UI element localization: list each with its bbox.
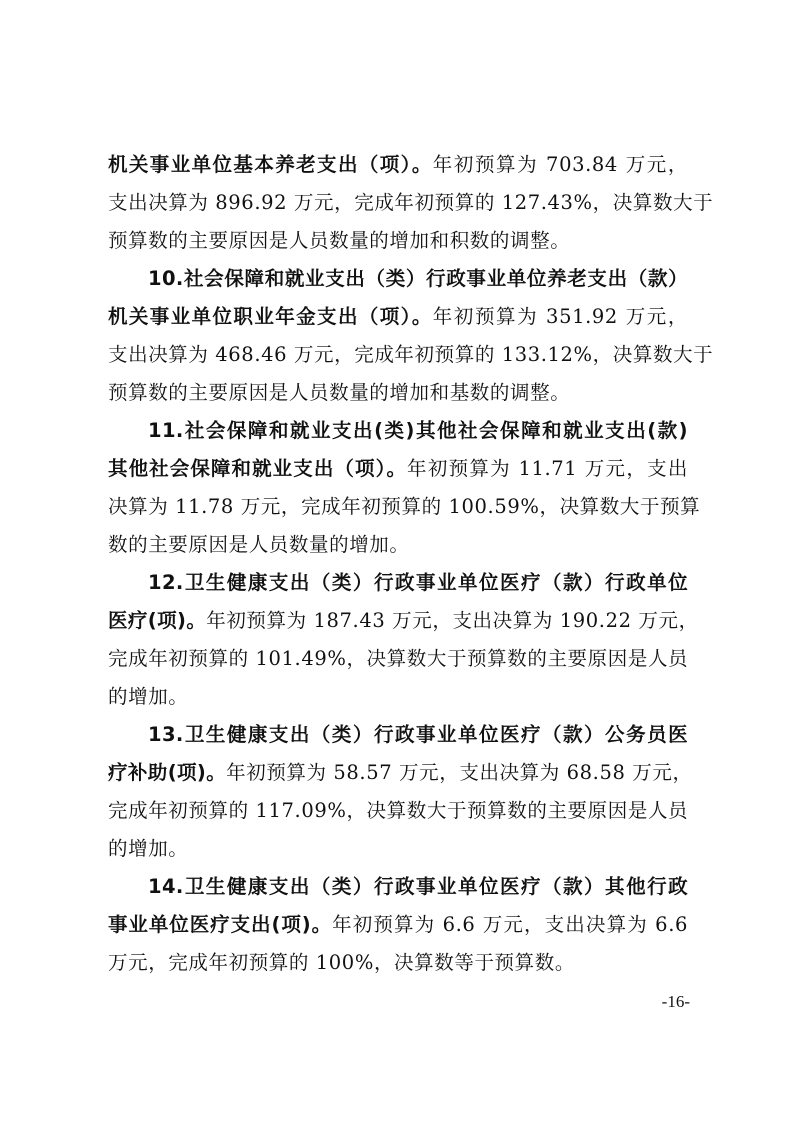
page-number: -16- bbox=[640, 990, 690, 1014]
item-heading: 14.卫生健康支出（类）行政事业单位医疗（款）其他行政 bbox=[148, 875, 688, 898]
line-text: 决算为 11.78 万元，完成年初预算的 100.59%，决算数大于预算 bbox=[108, 495, 700, 518]
line-text: 的增加。 bbox=[108, 685, 188, 708]
paragraph-line: 机关事业单位基本养老支出（项）。年初预算为 703.84 万元， bbox=[108, 150, 688, 180]
paragraph-line: 疗补助(项)。年初预算为 58.57 万元，支出决算为 68.58 万元， bbox=[108, 758, 688, 788]
paragraph-line: 决算为 11.78 万元，完成年初预算的 100.59%，决算数大于预算 bbox=[108, 492, 688, 522]
item-heading: 机关事业单位职业年金支出（项）。 bbox=[108, 305, 433, 328]
line-text: 年初预算为 703.84 万元， bbox=[433, 153, 688, 176]
paragraph-heading-line: 10.社会保障和就业支出（类）行政事业单位养老支出（款） bbox=[148, 264, 688, 294]
item-heading: 11.社会保障和就业支出(类)其他社会保障和就业支出(款) bbox=[148, 419, 688, 442]
item-heading: 事业单位医疗支出(项)。 bbox=[108, 913, 332, 936]
line-text: 年初预算为 58.57 万元，支出决算为 68.58 万元， bbox=[226, 761, 692, 784]
paragraph-line: 预算数的主要原因是人员数量的增加和积数的调整。 bbox=[108, 226, 688, 256]
paragraph-heading-line: 13.卫生健康支出（类）行政事业单位医疗（款）公务员医 bbox=[148, 720, 688, 750]
line-text: 数的主要原因是人员数量的增加。 bbox=[108, 533, 410, 556]
line-text: 年初预算为 6.6 万元，支出决算为 6.6 bbox=[332, 913, 688, 936]
line-text: 年初预算为 11.71 万元，支出 bbox=[407, 457, 688, 480]
paragraph-line: 事业单位医疗支出(项)。年初预算为 6.6 万元，支出决算为 6.6 bbox=[108, 910, 688, 940]
paragraph-heading-line: 12.卫生健康支出（类）行政事业单位医疗（款）行政单位 bbox=[148, 568, 688, 598]
paragraph-line: 完成年初预算的 101.49%，决算数大于预算数的主要原因是人员 bbox=[108, 644, 688, 674]
item-heading: 疗补助(项)。 bbox=[108, 761, 226, 784]
line-text: 年初预算为 351.92 万元， bbox=[433, 305, 688, 328]
line-text: 的增加。 bbox=[108, 837, 188, 860]
line-text: 支出决算为 468.46 万元，完成年初预算的 133.12%，决算数大于 bbox=[108, 343, 713, 366]
line-text: 预算数的主要原因是人员数量的增加和基数的调整。 bbox=[108, 381, 570, 404]
paragraph-line: 的增加。 bbox=[108, 834, 688, 864]
paragraph-line: 机关事业单位职业年金支出（项）。年初预算为 351.92 万元， bbox=[108, 302, 688, 332]
item-heading: 12.卫生健康支出（类）行政事业单位医疗（款）行政单位 bbox=[148, 571, 688, 594]
line-text: 支出决算为 896.92 万元，完成年初预算的 127.43%，决算数大于 bbox=[108, 191, 713, 214]
line-text: 万元，完成年初预算的 100%，决算数等于预算数。 bbox=[108, 951, 575, 974]
document-page: 机关事业单位基本养老支出（项）。年初预算为 703.84 万元， 支出决算为 8… bbox=[0, 0, 793, 1122]
line-text: 完成年初预算的 117.09%，决算数大于预算数的主要原因是人员 bbox=[108, 799, 688, 822]
paragraph-line: 的增加。 bbox=[108, 682, 688, 712]
paragraph-line: 数的主要原因是人员数量的增加。 bbox=[108, 530, 688, 560]
paragraph-line: 万元，完成年初预算的 100%，决算数等于预算数。 bbox=[108, 948, 688, 978]
item-heading: 医疗(项)。 bbox=[108, 609, 206, 632]
item-heading: 10.社会保障和就业支出（类）行政事业单位养老支出（款） bbox=[148, 267, 688, 290]
paragraph-line: 医疗(项)。年初预算为 187.43 万元，支出决算为 190.22 万元， bbox=[108, 606, 688, 636]
paragraph-line: 其他社会保障和就业支出（项）。年初预算为 11.71 万元，支出 bbox=[108, 454, 688, 484]
line-text: 完成年初预算的 101.49%，决算数大于预算数的主要原因是人员 bbox=[108, 647, 688, 670]
paragraph-line: 支出决算为 896.92 万元，完成年初预算的 127.43%，决算数大于 bbox=[108, 188, 688, 218]
paragraph-line: 完成年初预算的 117.09%，决算数大于预算数的主要原因是人员 bbox=[108, 796, 688, 826]
paragraph-heading-line: 14.卫生健康支出（类）行政事业单位医疗（款）其他行政 bbox=[148, 872, 688, 902]
item-heading: 机关事业单位基本养老支出（项）。 bbox=[108, 153, 433, 176]
item-heading: 13.卫生健康支出（类）行政事业单位医疗（款）公务员医 bbox=[148, 723, 688, 746]
line-text: 年初预算为 187.43 万元，支出决算为 190.22 万元， bbox=[206, 609, 698, 632]
line-text: 预算数的主要原因是人员数量的增加和积数的调整。 bbox=[108, 229, 570, 252]
paragraph-line: 预算数的主要原因是人员数量的增加和基数的调整。 bbox=[108, 378, 688, 408]
item-heading: 其他社会保障和就业支出（项）。 bbox=[108, 457, 407, 480]
paragraph-heading-line: 11.社会保障和就业支出(类)其他社会保障和就业支出(款) bbox=[148, 416, 688, 446]
paragraph-line: 支出决算为 468.46 万元，完成年初预算的 133.12%，决算数大于 bbox=[108, 340, 688, 370]
